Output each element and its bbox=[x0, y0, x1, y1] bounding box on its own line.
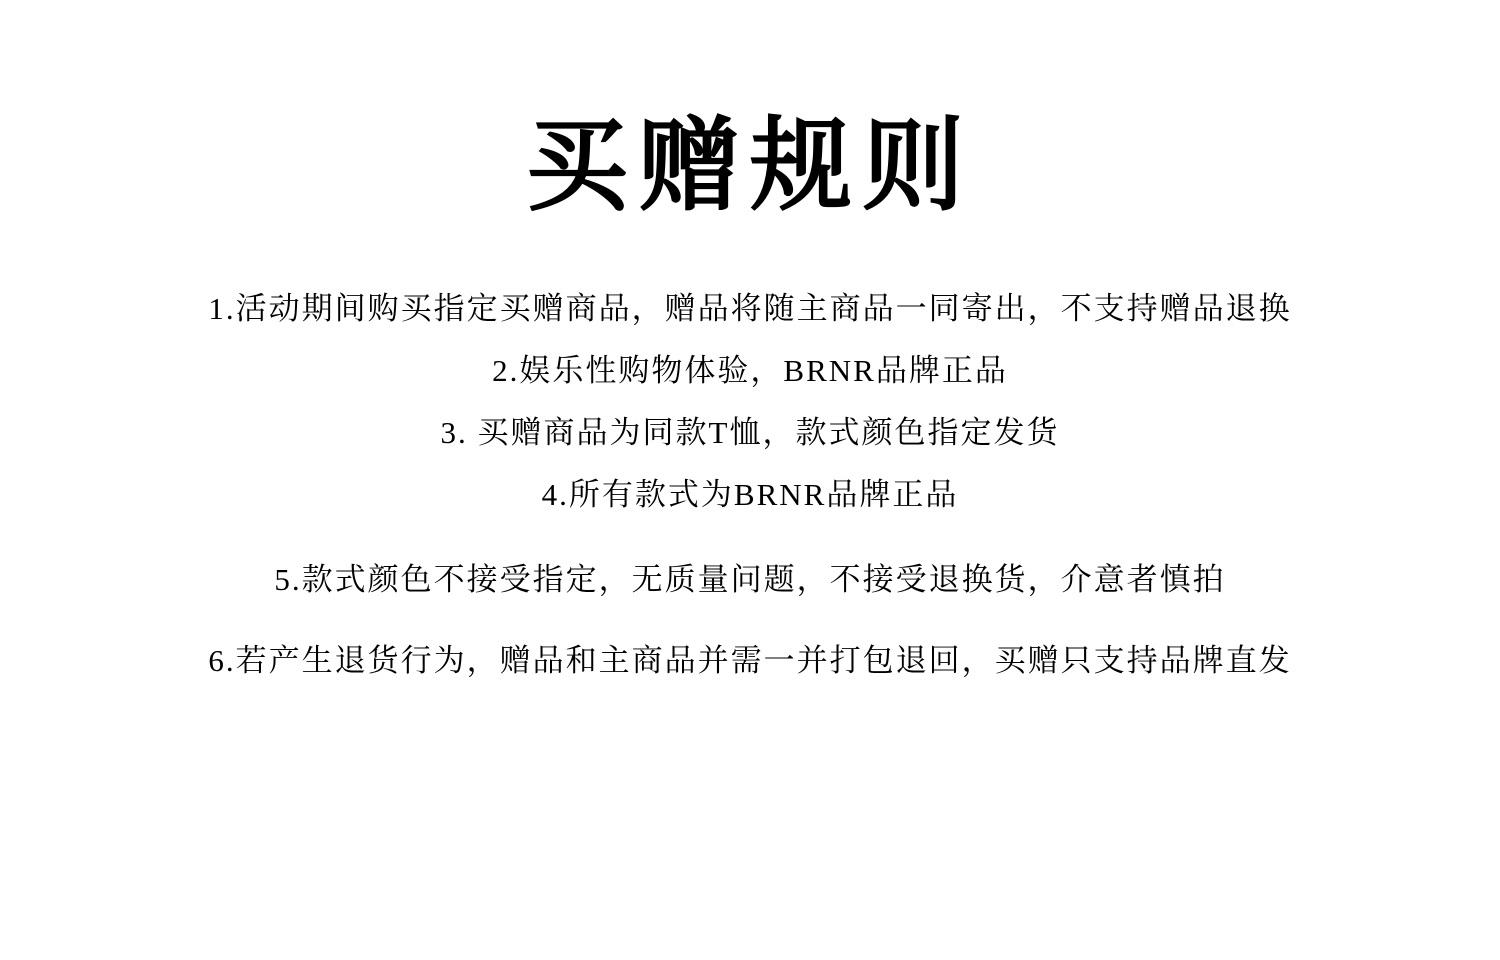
rule-item-2: 2.娱乐性购物体验，BRNR品牌正品 bbox=[170, 355, 1330, 386]
rule-item-3: 3. 买赠商品为同款T恤，款式颜色指定发货 bbox=[170, 417, 1330, 448]
page-title: 买赠规则 bbox=[0, 102, 1500, 235]
rules-content: 买赠规则 1.活动期间购买指定买赠商品，赠品将随主商品一同寄出，不支持赠品退换 … bbox=[0, 0, 1500, 676]
rule-item-4: 4.所有款式为BRNR品牌正品 bbox=[170, 479, 1330, 510]
rule-item-5: 5.款式颜色不接受指定，无质量问题，不接受退换货，介意者慎拍 bbox=[170, 564, 1330, 595]
rules-notice-page: 买赠规则 1.活动期间购买指定买赠商品，赠品将随主商品一同寄出，不支持赠品退换 … bbox=[0, 0, 1500, 960]
rule-item-6: 6.若产生退货行为，赠品和主商品并需一并打包退回，买赠只支持品牌直发 bbox=[170, 645, 1330, 676]
rule-item-1: 1.活动期间购买指定买赠商品，赠品将随主商品一同寄出，不支持赠品退换 bbox=[170, 293, 1330, 324]
